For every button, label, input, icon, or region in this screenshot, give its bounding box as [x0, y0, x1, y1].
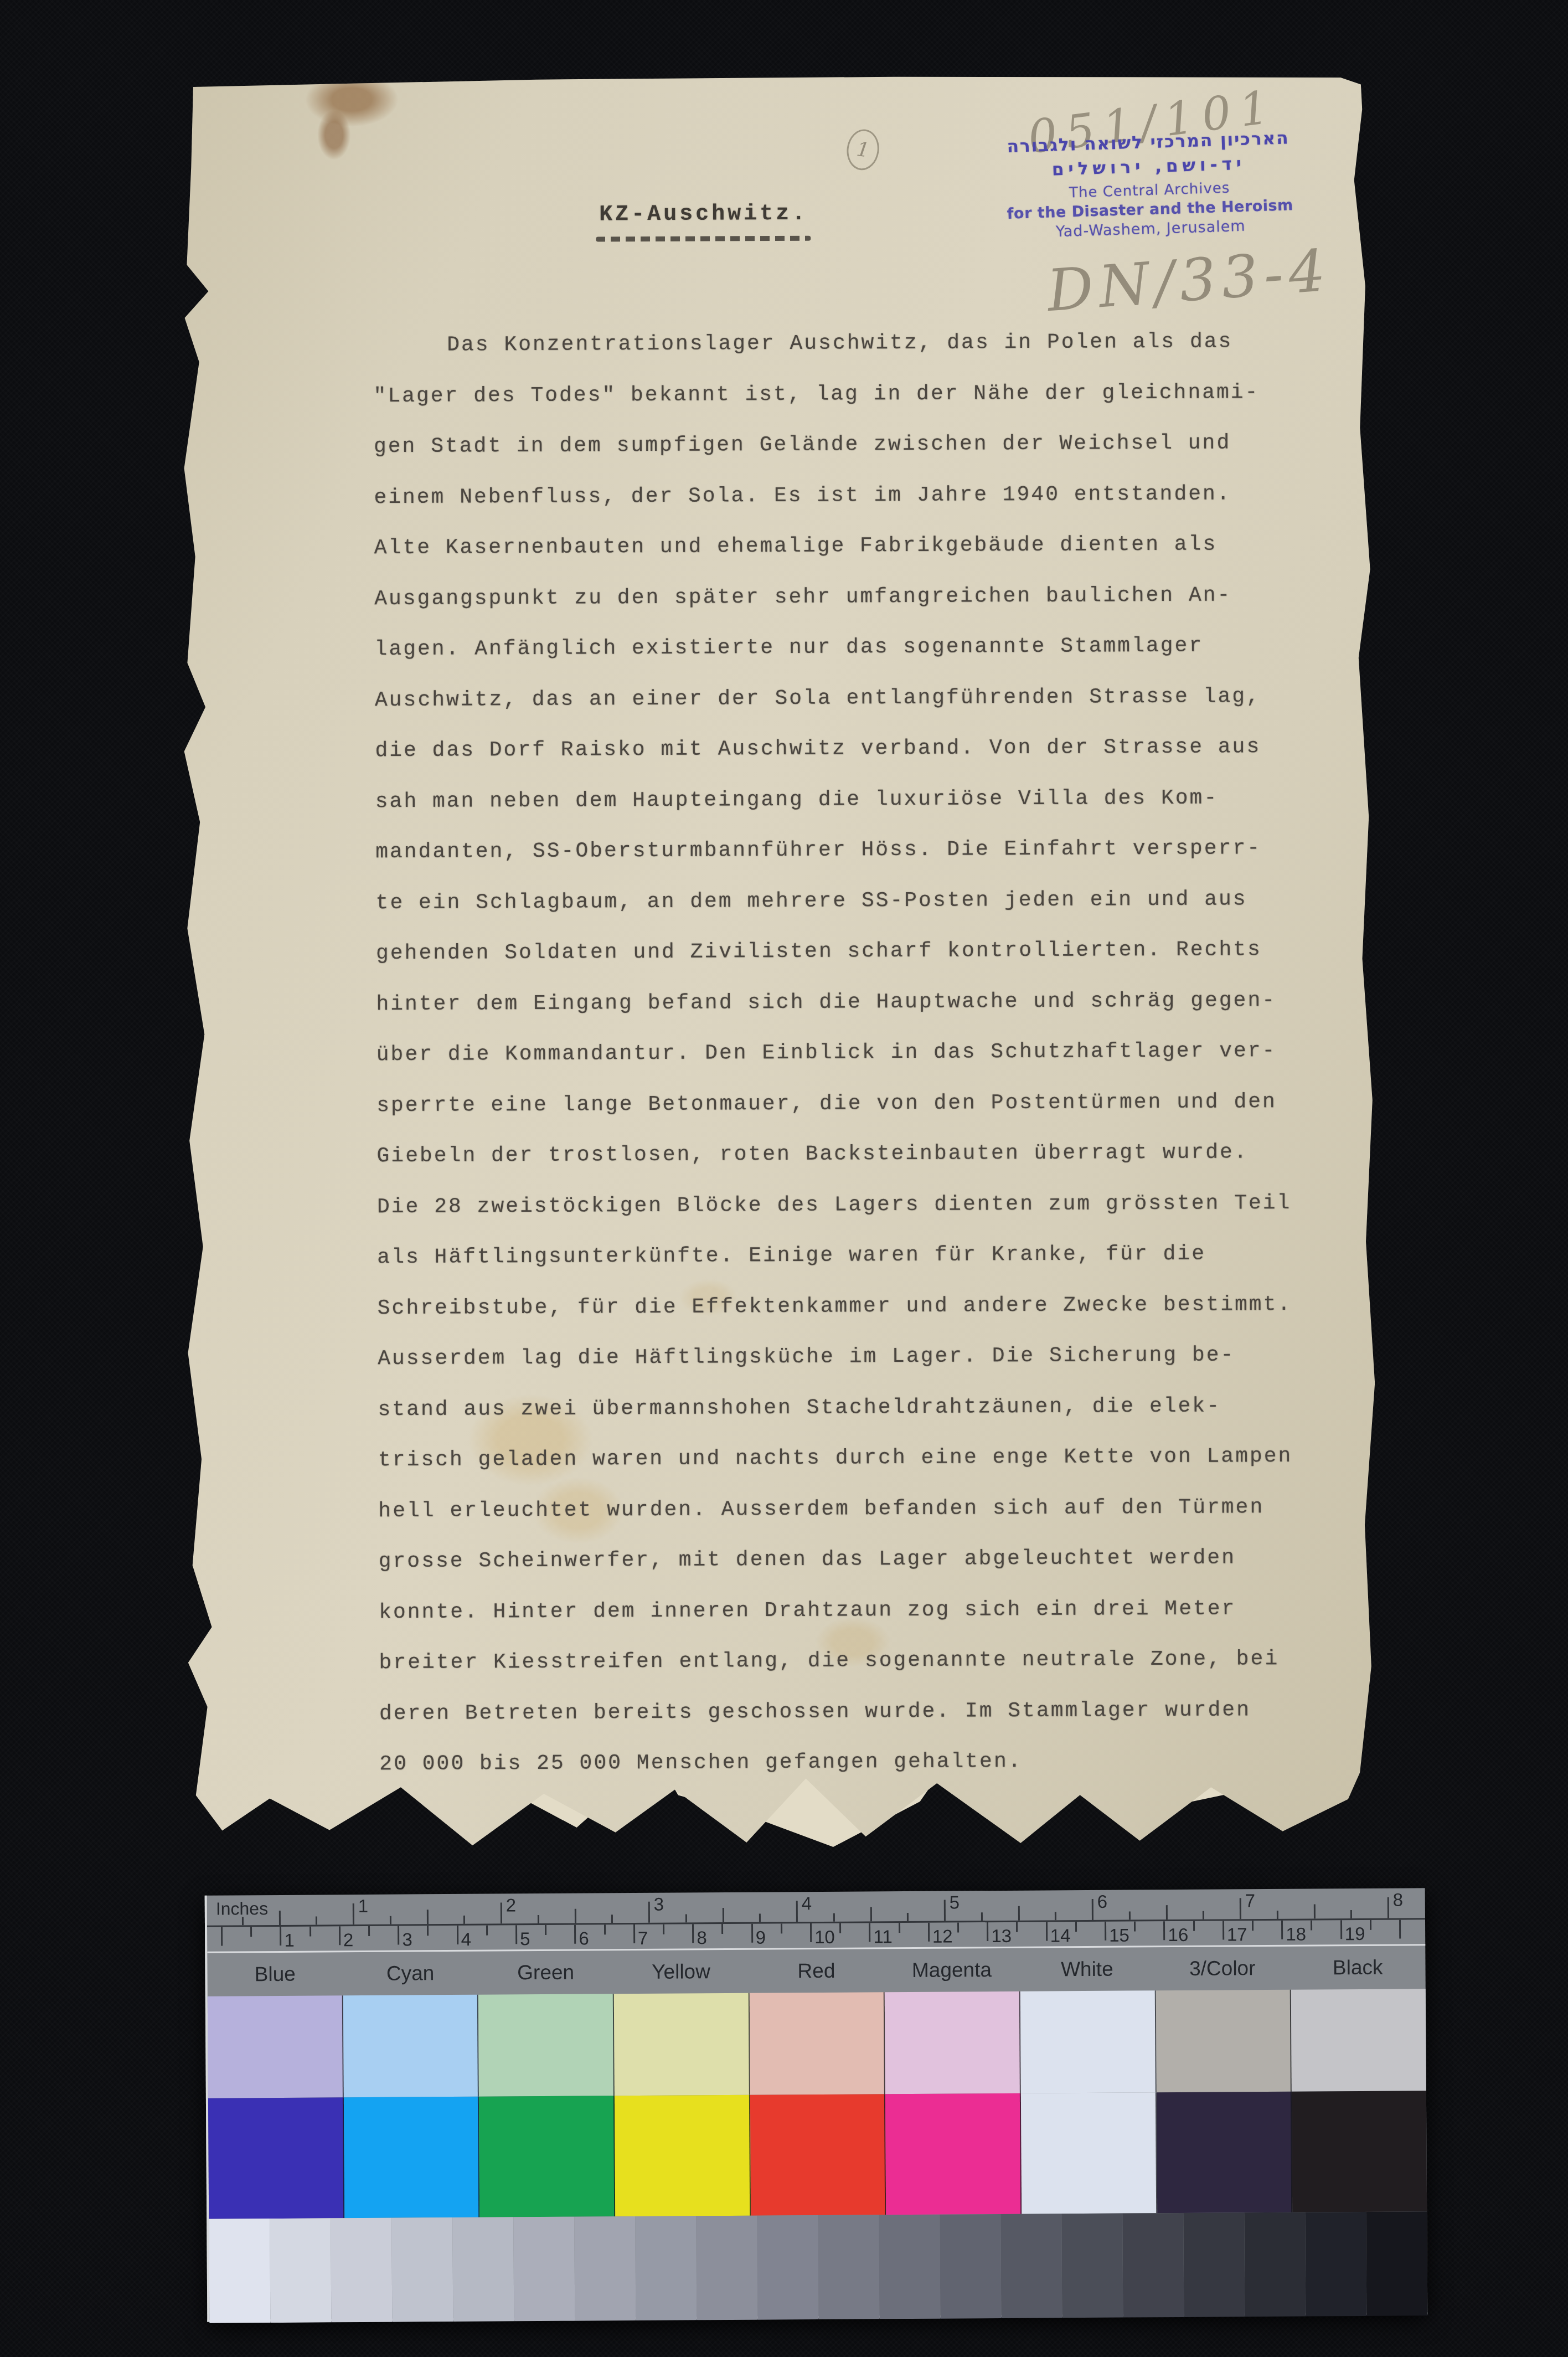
- body-text: Das Konzentrationslager Auschwitz, das i…: [373, 316, 1354, 1790]
- gray-step: [818, 2215, 879, 2319]
- ruler-cm-number: 7: [638, 1928, 648, 1949]
- ruler-inch-number: 5: [950, 1892, 960, 1913]
- body-line: Ausserdem lag die Häftlingsküche im Lage…: [378, 1329, 1352, 1384]
- stamp-hebrew-line2: יד-ושם, ירושלים: [982, 152, 1315, 182]
- gray-step: [209, 2219, 270, 2323]
- ruler-cm-number: 2: [343, 1929, 354, 1951]
- ruler-tick: [339, 1926, 341, 1945]
- document-title: KZ-Auschwitz.: [599, 202, 808, 228]
- ruler-inches-label: Inches: [216, 1898, 269, 1919]
- body-line: die das Dorf Raisko mit Auschwitz verban…: [375, 721, 1349, 776]
- ruler-tick: [1388, 1897, 1389, 1918]
- ruler-tick: [1311, 1921, 1312, 1931]
- ruler-tick: [1313, 1904, 1315, 1918]
- body-line: 20 000 bis 25 000 Menschen gefangen geha…: [379, 1735, 1354, 1789]
- ruler-tick: [486, 1926, 488, 1936]
- color-label: Red: [749, 1959, 884, 1983]
- ruler-tick: [1281, 1921, 1283, 1939]
- ruler-tick: [648, 1902, 650, 1923]
- ruler-inch-number: 1: [358, 1896, 369, 1917]
- pastel-swatch: [885, 1991, 1021, 2094]
- ruler-tick: [810, 1923, 812, 1942]
- body-line: Das Konzentrationslager Auschwitz, das i…: [373, 316, 1348, 371]
- ruler-tick: [574, 1925, 576, 1944]
- ruler-cm-number: 11: [873, 1926, 892, 1947]
- gray-step: [391, 2217, 453, 2322]
- ruler-tick: [398, 1926, 399, 1945]
- grayscale-wedge: [209, 2211, 1427, 2323]
- ruler-tick: [1134, 1921, 1136, 1931]
- body-line: Giebeln der trostlosen, roten Backsteinb…: [376, 1126, 1351, 1181]
- color-swatch: [344, 2097, 480, 2218]
- body-line: hinter dem Eingang befand sich die Haupt…: [376, 975, 1350, 1030]
- pastel-swatch: [1020, 1990, 1157, 2093]
- color-label: Blue: [207, 1962, 343, 1986]
- ruler-tick: [685, 1914, 687, 1922]
- scanned-document-photo: { "document": { "archive_number_pencil":…: [0, 0, 1568, 2357]
- ruler-tick: [1240, 1898, 1241, 1919]
- body-line: mandanten, SS-Obersturmbannführer Höss. …: [375, 822, 1350, 877]
- ruler-tick: [907, 1913, 909, 1921]
- body-line: Auschwitz, das an einer der Sola entlang…: [375, 671, 1349, 725]
- ruler-tick: [604, 1924, 606, 1934]
- ruler-tick: [280, 1927, 281, 1946]
- color-swatch: [615, 2095, 751, 2216]
- body-line: te ein Schlagbaum, an dem mehrere SS-Pos…: [375, 873, 1350, 928]
- ruler-tick: [869, 1923, 870, 1942]
- ruler-tick: [457, 1926, 458, 1944]
- ruler-tick: [759, 1914, 761, 1922]
- ruler-tick: [1016, 1922, 1018, 1932]
- ruler-cm-number: 10: [814, 1927, 835, 1948]
- ruler-tick: [1163, 1921, 1165, 1940]
- body-line: deren Betreten bereits geschossen wurde.…: [379, 1684, 1354, 1739]
- gray-step: [513, 2217, 575, 2322]
- ruler-cm-number: 9: [756, 1927, 766, 1948]
- pastel-swatch-row: [208, 1989, 1426, 2098]
- ruler-tick: [663, 1924, 664, 1934]
- ruler-tick: [278, 1911, 280, 1925]
- ruler-tick: [611, 1915, 613, 1923]
- yad-vashem-archive-stamp: הארכיון המרכזי לשואה ולגבורה יד-ושם, ירו…: [982, 127, 1317, 243]
- ruler-tick: [928, 1923, 930, 1942]
- ruler-tick: [353, 1903, 354, 1924]
- ruler-tick: [1046, 1922, 1048, 1941]
- body-line: stand aus zwei übermannshohen Stacheldra…: [378, 1380, 1352, 1435]
- ruler-tick: [574, 1909, 576, 1923]
- body-line: lagen. Anfänglich existierte nur das sog…: [374, 620, 1349, 675]
- ruler-tick: [545, 1925, 546, 1935]
- ruler-tick: [981, 1912, 983, 1921]
- ruler-tick: [722, 1908, 724, 1922]
- pastel-swatch: [208, 1995, 344, 2098]
- pastel-swatch: [343, 1995, 479, 2097]
- color-label: White: [1019, 1957, 1155, 1981]
- ruler-tick: [1055, 1912, 1056, 1920]
- color-calibration-target: Inches 12345678 123456789101112131415161…: [205, 1888, 1428, 2322]
- color-label: Green: [478, 1960, 613, 1984]
- body-line: als Häftlingsunterkünfte. Einige waren f…: [377, 1228, 1352, 1283]
- color-swatch: [1292, 2091, 1427, 2212]
- ruler-tick: [1193, 1921, 1195, 1931]
- ruler-cm-number: 3: [402, 1929, 412, 1950]
- color-label: Yellow: [613, 1960, 749, 1984]
- gray-step: [574, 2216, 636, 2321]
- ruler-tick: [1252, 1921, 1254, 1931]
- ruler-inch-number: 7: [1245, 1890, 1256, 1911]
- gray-step: [452, 2217, 514, 2322]
- body-line: gen Stadt in dem sumpfigen Gelände zwisc…: [374, 418, 1348, 472]
- ruler-tick: [1092, 1899, 1094, 1920]
- gray-step: [1122, 2213, 1184, 2318]
- body-line: einem Nebenfluss, der Sola. Es ist im Ja…: [374, 468, 1348, 523]
- ruler-cm-number: 14: [1050, 1925, 1071, 1946]
- body-line: hell erleuchtet wurden. Ausserdem befand…: [378, 1481, 1353, 1536]
- ruler-tick: [390, 1916, 391, 1924]
- title-underline: [596, 236, 811, 242]
- color-swatch: [1021, 2092, 1157, 2214]
- body-line: konnte. Hinter dem inneren Drahtzaun zog…: [379, 1583, 1353, 1638]
- pastel-swatch: [1156, 1990, 1292, 2092]
- body-line: Schreibstube, für die Effektenkammer und…: [378, 1279, 1352, 1334]
- ruler-tick: [463, 1916, 465, 1924]
- ruler-tick: [515, 1925, 517, 1944]
- pencil-catalog-number: DN/33-4: [1045, 226, 1469, 325]
- gray-step: [331, 2218, 392, 2323]
- gray-step: [1183, 2212, 1245, 2317]
- ruler-inch-number: 8: [1393, 1890, 1404, 1911]
- pastel-swatch: [614, 1993, 750, 2096]
- body-line: Die 28 zweistöckigen Blöcke des Lagers d…: [377, 1177, 1352, 1232]
- ruler-inch-number: 4: [802, 1893, 812, 1914]
- ruler-tick: [870, 1907, 871, 1921]
- ruler-tick: [316, 1916, 317, 1924]
- ruler-tick: [368, 1926, 370, 1936]
- color-swatch: [479, 2096, 615, 2217]
- ruler-tick: [250, 1927, 252, 1937]
- ruler-cm-number: 1: [284, 1930, 295, 1951]
- ruler-tick: [1165, 1905, 1167, 1919]
- ruler-cm-number: 17: [1227, 1924, 1247, 1945]
- ruler-cm-number: 8: [697, 1927, 707, 1948]
- ruler-tick: [538, 1915, 539, 1923]
- color-swatch: [885, 2093, 1022, 2215]
- ruler-tick: [899, 1923, 900, 1933]
- color-label: 3/Color: [1154, 1957, 1290, 1980]
- gray-step: [1061, 2214, 1123, 2318]
- gray-step: [1244, 2212, 1306, 2317]
- ruler-tick: [839, 1923, 841, 1933]
- ruler-tick: [310, 1927, 311, 1937]
- pastel-swatch: [1291, 1989, 1426, 2091]
- body-line: trisch geladen waren und nachts durch ei…: [378, 1430, 1353, 1485]
- body-line: breiter Kiesstreifen entlang, die sogena…: [379, 1633, 1353, 1688]
- gray-step: [1366, 2211, 1427, 2316]
- ruler-tick: [501, 1902, 502, 1923]
- ruler-tick: [633, 1924, 635, 1943]
- ruler-tick: [833, 1913, 835, 1922]
- ruler-cm-number: 12: [932, 1926, 953, 1947]
- color-label: Cyan: [343, 1962, 478, 1985]
- ruler-cm-number: 5: [520, 1928, 530, 1949]
- color-label: Magenta: [884, 1958, 1020, 1982]
- body-line: grosse Scheinwerfer, mit denen das Lager…: [379, 1532, 1353, 1587]
- ruler-tick: [796, 1901, 798, 1922]
- ruler-tick: [944, 1900, 946, 1921]
- page-number: 1: [855, 137, 870, 162]
- ruler-cm-number: 18: [1286, 1924, 1306, 1945]
- body-line: gehenden Soldaten und Zivilisten scharf …: [376, 924, 1350, 979]
- gray-step: [879, 2215, 940, 2319]
- color-chart-labels: BlueCyanGreenYellowRedMagentaWhite3/Colo…: [207, 1946, 1425, 1996]
- ruler-cm-number: 16: [1168, 1924, 1188, 1946]
- ruler-tick: [751, 1924, 753, 1943]
- gray-step: [940, 2214, 1001, 2319]
- gray-step: [757, 2215, 818, 2320]
- body-line: über die Kommandantur. Den Einblick in d…: [376, 1025, 1351, 1080]
- ruler-tick: [1277, 1911, 1278, 1919]
- ruler-cm-number: 6: [579, 1928, 589, 1949]
- ruler-tick: [1129, 1912, 1131, 1920]
- pastel-swatch: [478, 1994, 615, 2096]
- ruler-inch-number: 6: [1097, 1891, 1108, 1912]
- color-label: Black: [1290, 1955, 1426, 1979]
- ruler-cm-number: 13: [991, 1926, 1012, 1947]
- body-line: Alte Kasernenbauten und ehemalige Fabrik…: [374, 519, 1349, 574]
- ruler-inch-number: 3: [654, 1894, 664, 1915]
- ruler-tick: [1018, 1906, 1019, 1921]
- color-swatch: [1157, 2092, 1293, 2213]
- body-line: sah man neben dem Haupteingang die luxur…: [375, 772, 1350, 827]
- gray-step: [696, 2216, 757, 2320]
- saturated-swatch-row: [208, 2091, 1427, 2219]
- ruler-tick: [242, 1917, 244, 1925]
- ruler-tick: [1105, 1922, 1106, 1941]
- ruler-tick: [692, 1924, 694, 1943]
- pencil-circled-page-number: 1: [844, 127, 881, 172]
- ruler-tick: [427, 1926, 429, 1936]
- color-swatch: [208, 2097, 344, 2219]
- pastel-swatch: [749, 1992, 885, 2094]
- ruler-tick: [1223, 1921, 1224, 1939]
- ruler-tick: [781, 1923, 782, 1933]
- ruler-tick: [721, 1924, 723, 1934]
- gray-step: [270, 2218, 331, 2323]
- ruler-tick: [1203, 1911, 1204, 1919]
- ruler-cm-number: 15: [1109, 1925, 1129, 1946]
- gray-step: [635, 2216, 697, 2320]
- color-swatch: [750, 2094, 886, 2215]
- ruler-tick: [1350, 1910, 1352, 1918]
- ruler-tick: [987, 1922, 988, 1941]
- ruler-tick: [1370, 1920, 1371, 1930]
- ruler-cm-number: 4: [461, 1929, 472, 1950]
- ruler-tick: [1075, 1922, 1077, 1932]
- ruler-inch-number: 2: [506, 1895, 517, 1916]
- ruler-cm-number: 19: [1345, 1923, 1365, 1944]
- ruler-tick: [426, 1910, 428, 1924]
- body-line: sperrte eine lange Betonmauer, die von d…: [376, 1076, 1351, 1131]
- gray-step: [1305, 2212, 1366, 2317]
- ruler-tick: [1399, 1920, 1401, 1939]
- body-line: Ausgangspunkt zu den später sehr umfangr…: [374, 569, 1349, 624]
- ruler-tick: [1340, 1920, 1342, 1939]
- document-page: 051/101 1 הארכיון המרכזי לשואה ולגבורה י…: [179, 74, 1378, 1848]
- ruler-tick: [221, 1927, 223, 1946]
- body-line: "Lager des Todes" bekannt ist, lag in de…: [373, 367, 1348, 421]
- gray-step: [1000, 2214, 1062, 2318]
- ruler-tick: [957, 1922, 959, 1932]
